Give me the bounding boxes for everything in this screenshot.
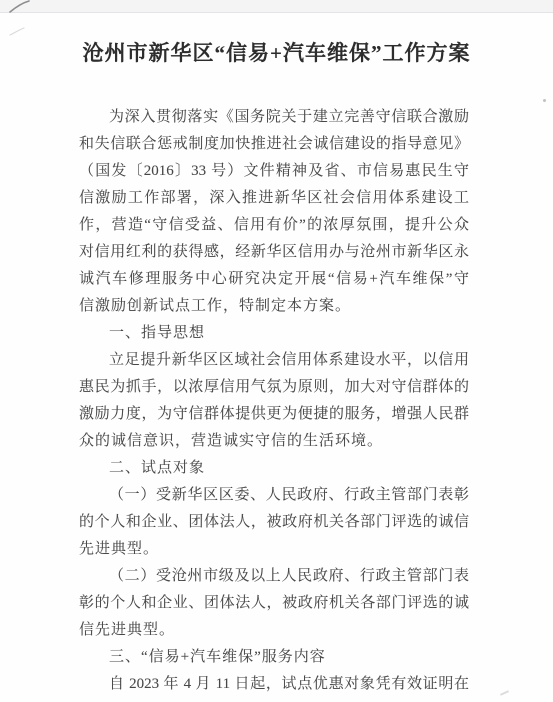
- text-line: 众的诚信意识，营造诚实守信的生活环境。: [79, 428, 469, 455]
- page-title: 沧州市新华区“信易+汽车维保”工作方案: [0, 37, 553, 67]
- text-line: 信激励工作部署，深入推进新华区社会信用体系建设工: [79, 185, 469, 212]
- scan-artifact-curve-icon: [9, 27, 25, 36]
- text-line: 三、“信易+汽车维保”服务内容: [79, 644, 469, 671]
- text-line: 信激励创新试点工作，特制定本方案。: [79, 293, 469, 320]
- scan-artifact-mark-icon: [8, 0, 32, 14]
- text-line: 信先进典型。: [79, 617, 469, 644]
- text-line: 立足提升新华区区域社会信用体系建设水平，以信用: [79, 347, 469, 374]
- text-line: （二）受沧州市级及以上人民政府、行政主管部门表: [79, 563, 469, 590]
- text-line: （国发〔2016〕33 号）文件精神及省、市信易惠民生守: [79, 158, 469, 185]
- scan-speck: [543, 99, 546, 102]
- text-line: 对信用红利的获得感，经新华区信用办与沧州市新华区永: [79, 239, 469, 266]
- text-line: （一）受新华区区委、人民政府、行政主管部门表彰: [79, 482, 469, 509]
- text-line: 彰的个人和企业、团体法人，被政府机关各部门评选的诚: [79, 590, 469, 617]
- text-line: 诚汽车修理服务中心研究决定开展“信易+汽车维保”守: [79, 266, 469, 293]
- text-line: 为深入贯彻落实《国务院关于建立完善守信联合激励: [79, 104, 469, 131]
- scanned-document-page: 沧州市新华区“信易+汽车维保”工作方案 为深入贯彻落实《国务院关于建立完善守信联…: [0, 0, 553, 702]
- scan-smudge: [500, 690, 509, 696]
- text-line: 自 2023 年 4 月 11 日起，试点优惠对象凭有效证明在: [79, 671, 469, 698]
- scan-edge-strip: [0, 0, 553, 13]
- text-line: 和失信联合惩戒制度加快推进社会诚信建设的指导意见》: [79, 131, 469, 158]
- text-line: 作，营造“守信受益、信用有价”的浓厚氛围，提升公众: [79, 212, 469, 239]
- text-line: 惠民为抓手，以浓厚信用气氛为原则，加大对守信群体的: [79, 374, 469, 401]
- text-line: 二、试点对象: [79, 455, 469, 482]
- text-line: 激励力度，为守信群体提供更为便捷的服务，增强人民群: [79, 401, 469, 428]
- text-line: 先进典型。: [79, 536, 469, 563]
- text-line: 的个人和企业、团体法人，被政府机关各部门评选的诚信: [79, 509, 469, 536]
- text-line: 一、指导思想: [79, 320, 469, 347]
- document-body: 为深入贯彻落实《国务院关于建立完善守信联合激励和失信联合惩戒制度加快推进社会诚信…: [79, 104, 469, 698]
